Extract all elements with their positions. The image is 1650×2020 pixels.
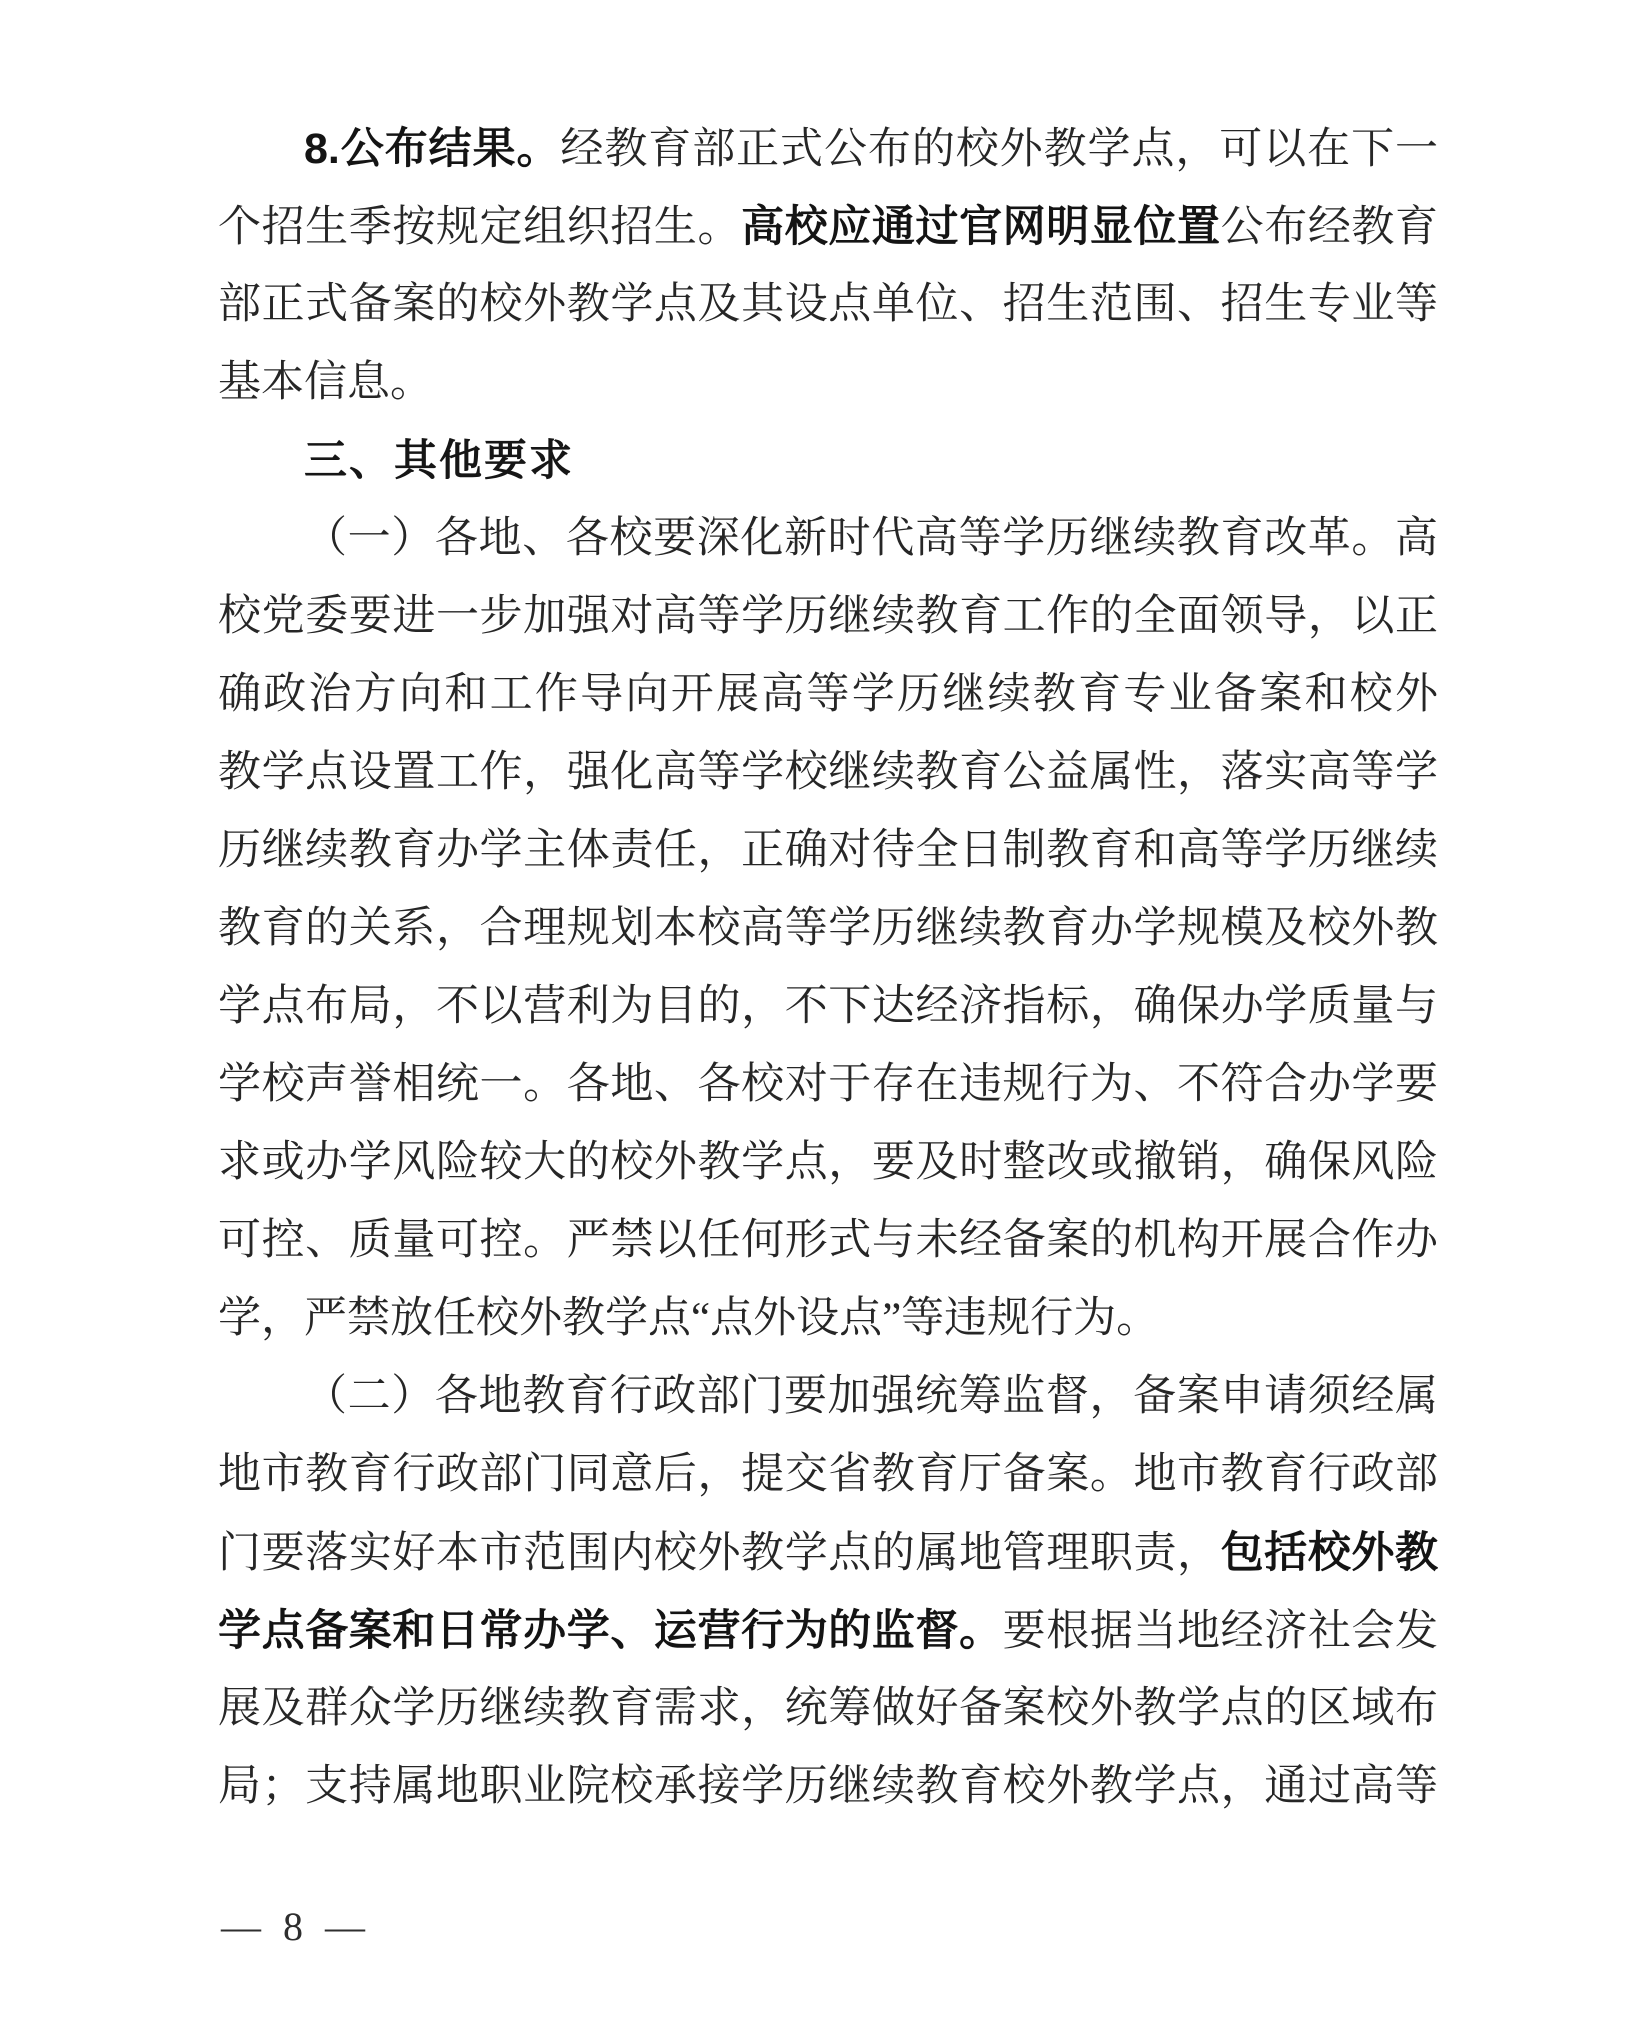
text-line: 教育的关系，合理规划本校高等学历继续教育办学规模及校外教 <box>218 890 1438 968</box>
text-line: 8.公布结果。经教育部正式公布的校外教学点，可以在下一 <box>218 110 1438 188</box>
text-line: 局；支持属地职业院校承接学历继续教育校外教学点，通过高等 <box>218 1748 1438 1826</box>
text-run: 地市教育行政部门同意后，提交省教育厅备案。地市教育行政部 <box>218 1451 1438 1498</box>
page-number: — 8 — <box>221 1903 366 1951</box>
text-run: 学，严禁放任校外教学点“点外设点”等违规行为。 <box>218 1295 1159 1342</box>
text-run: 学点布局，不以营利为目的，不下达经济指标，确保办学质量与 <box>218 983 1438 1030</box>
text-run: 门要落实好本市范围内校外教学点的属地管理职责， <box>218 1530 1221 1577</box>
text-run: 基本信息。 <box>218 359 433 406</box>
text-line: 部正式备案的校外教学点及其设点单位、招生范围、招生专业等 <box>218 266 1438 344</box>
text-run: 公布经教育 <box>1221 204 1438 251</box>
text-run: 确政治方向和工作导向开展高等学历继续教育专业备案和校外 <box>218 671 1438 718</box>
text-line: 学点布局，不以营利为目的，不下达经济指标，确保办学质量与 <box>218 968 1438 1046</box>
bold-text-run: 三、其他要求 <box>304 437 574 485</box>
text-line: 校党委要进一步加强对高等学历继续教育工作的全面领导，以正 <box>218 578 1438 656</box>
text-line: 学，严禁放任校外教学点“点外设点”等违规行为。 <box>218 1280 1438 1358</box>
bold-text-run: 8.公布结果。 <box>304 125 560 173</box>
bold-text-run: 包括校外教 <box>1221 1529 1438 1577</box>
text-run: （二）各地教育行政部门要加强统筹监督，备案申请须经属 <box>304 1373 1438 1420</box>
text-line: 地市教育行政部门同意后，提交省教育厅备案。地市教育行政部 <box>218 1436 1438 1514</box>
text-run: 学校声誉相统一。各地、各校对于存在违规行为、不符合办学要 <box>218 1061 1438 1108</box>
text-run: 局；支持属地职业院校承接学历继续教育校外教学点，通过高等 <box>218 1763 1438 1810</box>
text-line: 求或办学风险较大的校外教学点，要及时整改或撤销，确保风险 <box>218 1124 1438 1202</box>
text-run: 历继续教育办学主体责任，正确对待全日制教育和高等学历继续 <box>218 827 1438 874</box>
text-run: （一）各地、各校要深化新时代高等学历继续教育改革。高 <box>304 515 1438 562</box>
text-run: 部正式备案的校外教学点及其设点单位、招生范围、招生专业等 <box>218 281 1438 328</box>
text-line: （二）各地教育行政部门要加强统筹监督，备案申请须经属 <box>218 1358 1438 1436</box>
text-run: 要根据当地经济社会发 <box>1003 1608 1438 1655</box>
text-line: 历继续教育办学主体责任，正确对待全日制教育和高等学历继续 <box>218 812 1438 890</box>
text-run: 可控、质量可控。严禁以任何形式与未经备案的机构开展合作办 <box>218 1217 1438 1264</box>
bold-text-run: 学点备案和日常办学、运营行为的监督。 <box>218 1607 1003 1655</box>
text-run: 校党委要进一步加强对高等学历继续教育工作的全面领导，以正 <box>218 593 1438 640</box>
text-line: 个招生季按规定组织招生。高校应通过官网明显位置公布经教育 <box>218 188 1438 266</box>
text-line: 学点备案和日常办学、运营行为的监督。要根据当地经济社会发 <box>218 1592 1438 1670</box>
document-body: 8.公布结果。经教育部正式公布的校外教学点，可以在下一个招生季按规定组织招生。高… <box>218 110 1438 1826</box>
text-run: 展及群众学历继续教育需求，统筹做好备案校外教学点的区域布 <box>218 1685 1438 1732</box>
text-run: 教学点设置工作，强化高等学校继续教育公益属性，落实高等学 <box>218 749 1438 796</box>
text-run: 经教育部正式公布的校外教学点，可以在下一 <box>560 126 1438 173</box>
text-line: 门要落实好本市范围内校外教学点的属地管理职责，包括校外教 <box>218 1514 1438 1592</box>
section-heading: 三、其他要求 <box>218 422 1438 500</box>
text-run: 个招生季按规定组织招生。 <box>218 204 741 251</box>
text-line: 基本信息。 <box>218 344 1438 422</box>
text-run: 求或办学风险较大的校外教学点，要及时整改或撤销，确保风险 <box>218 1139 1438 1186</box>
text-line: 确政治方向和工作导向开展高等学历继续教育专业备案和校外 <box>218 656 1438 734</box>
text-run: 教育的关系，合理规划本校高等学历继续教育办学规模及校外教 <box>218 905 1438 952</box>
text-line: 展及群众学历继续教育需求，统筹做好备案校外教学点的区域布 <box>218 1670 1438 1748</box>
bold-text-run: 高校应通过官网明显位置 <box>741 203 1221 251</box>
document-page: 8.公布结果。经教育部正式公布的校外教学点，可以在下一个招生季按规定组织招生。高… <box>0 0 1650 2020</box>
text-line: 教学点设置工作，强化高等学校继续教育公益属性，落实高等学 <box>218 734 1438 812</box>
text-line: 学校声誉相统一。各地、各校对于存在违规行为、不符合办学要 <box>218 1046 1438 1124</box>
text-line: 可控、质量可控。严禁以任何形式与未经备案的机构开展合作办 <box>218 1202 1438 1280</box>
text-line: （一）各地、各校要深化新时代高等学历继续教育改革。高 <box>218 500 1438 578</box>
